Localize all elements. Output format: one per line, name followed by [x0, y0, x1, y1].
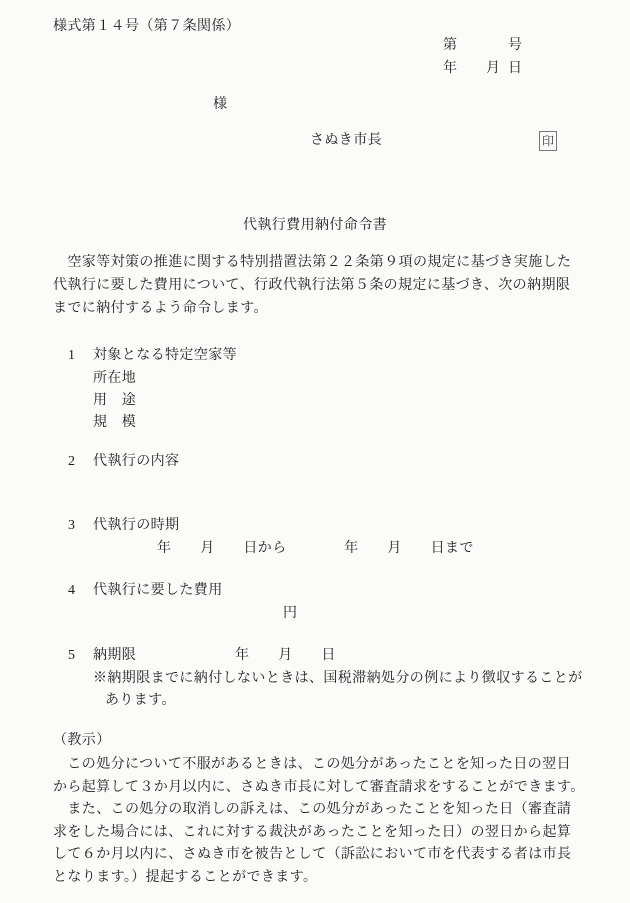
section-1-item-scale: 規 模 [93, 415, 136, 431]
section-3-period: 年 月 日から 年 月 日まで [157, 541, 474, 557]
seal-character: 印 [542, 135, 554, 147]
section-1-item-use: 用 途 [93, 393, 136, 409]
section-1-item-location: 所在地 [93, 371, 136, 387]
document-page: 様式第１４号（第７条関係） 第 号 年 月 日 様 さぬき市長 印 代執行費用納… [0, 0, 630, 903]
section-1-label: 対象となる特定空家等 [93, 348, 237, 364]
intro-line: 代執行に要した費用について、行政代執行法第５条の規定に基づき、次の納期限 [53, 278, 570, 294]
kyoji-line: この処分について不服があるときは、この処分があったことを知った日の翌日 [53, 757, 571, 773]
section-4-amount-unit: 円 [283, 606, 297, 622]
section-3-label: 代執行の時期 [93, 518, 179, 534]
section-5-note-line: ※納期限までに納付しないときは、国税滞納処分の例により徴収することが [93, 671, 583, 687]
doc-number-prefix: 第 [443, 38, 457, 54]
form-number-label: 様式第１４号（第７条関係） [53, 19, 240, 35]
section-5-note-line: あります。 [105, 693, 176, 709]
section-4-label: 代執行に要した費用 [93, 583, 223, 599]
document-title: 代執行費用納付命令書 [0, 218, 630, 234]
section-5-label: 納期限 [93, 648, 136, 664]
kyoji-heading: （教示） [53, 733, 111, 749]
intro-line: までに納付するよう命令します。 [53, 301, 268, 317]
kyoji-line: また、この処分の取消しの訴えは、この処分があったことを知った日（審査請 [53, 802, 571, 818]
section-4-number: 4 [68, 583, 75, 599]
seal-box: 印 [539, 131, 557, 151]
kyoji-line: となります。）提起することができます。 [53, 870, 317, 886]
issue-date-month-label: 月 [486, 61, 500, 77]
section-2-number: 2 [68, 454, 75, 470]
kyoji-line: して６か月以内に、さぬき市を被告として（訴訟において市を代表する者は市長 [53, 847, 571, 863]
section-2-label: 代執行の内容 [93, 454, 179, 470]
issue-date-year-label: 年 [443, 61, 457, 77]
intro-line: 空家等対策の推進に関する特別措置法第２２条第９項の規定に基づき実施した [53, 255, 571, 271]
kyoji-line: 求をした場合には、これに対する裁決があったことを知った日）の翌日から起算 [53, 825, 571, 841]
issue-date-day-label: 日 [508, 61, 522, 77]
addressee-honorific: 様 [213, 97, 227, 113]
kyoji-line: から起算して３か月以内に、さぬき市長に対して審査請求をすることができます。 [53, 780, 585, 796]
sender-title: さぬき市長 [310, 133, 382, 149]
section-1-number: 1 [68, 348, 75, 364]
section-5-due-date: 年 月 日 [235, 648, 336, 664]
doc-number-suffix: 号 [508, 38, 522, 54]
section-3-number: 3 [68, 518, 75, 534]
section-5-number: 5 [68, 648, 75, 664]
